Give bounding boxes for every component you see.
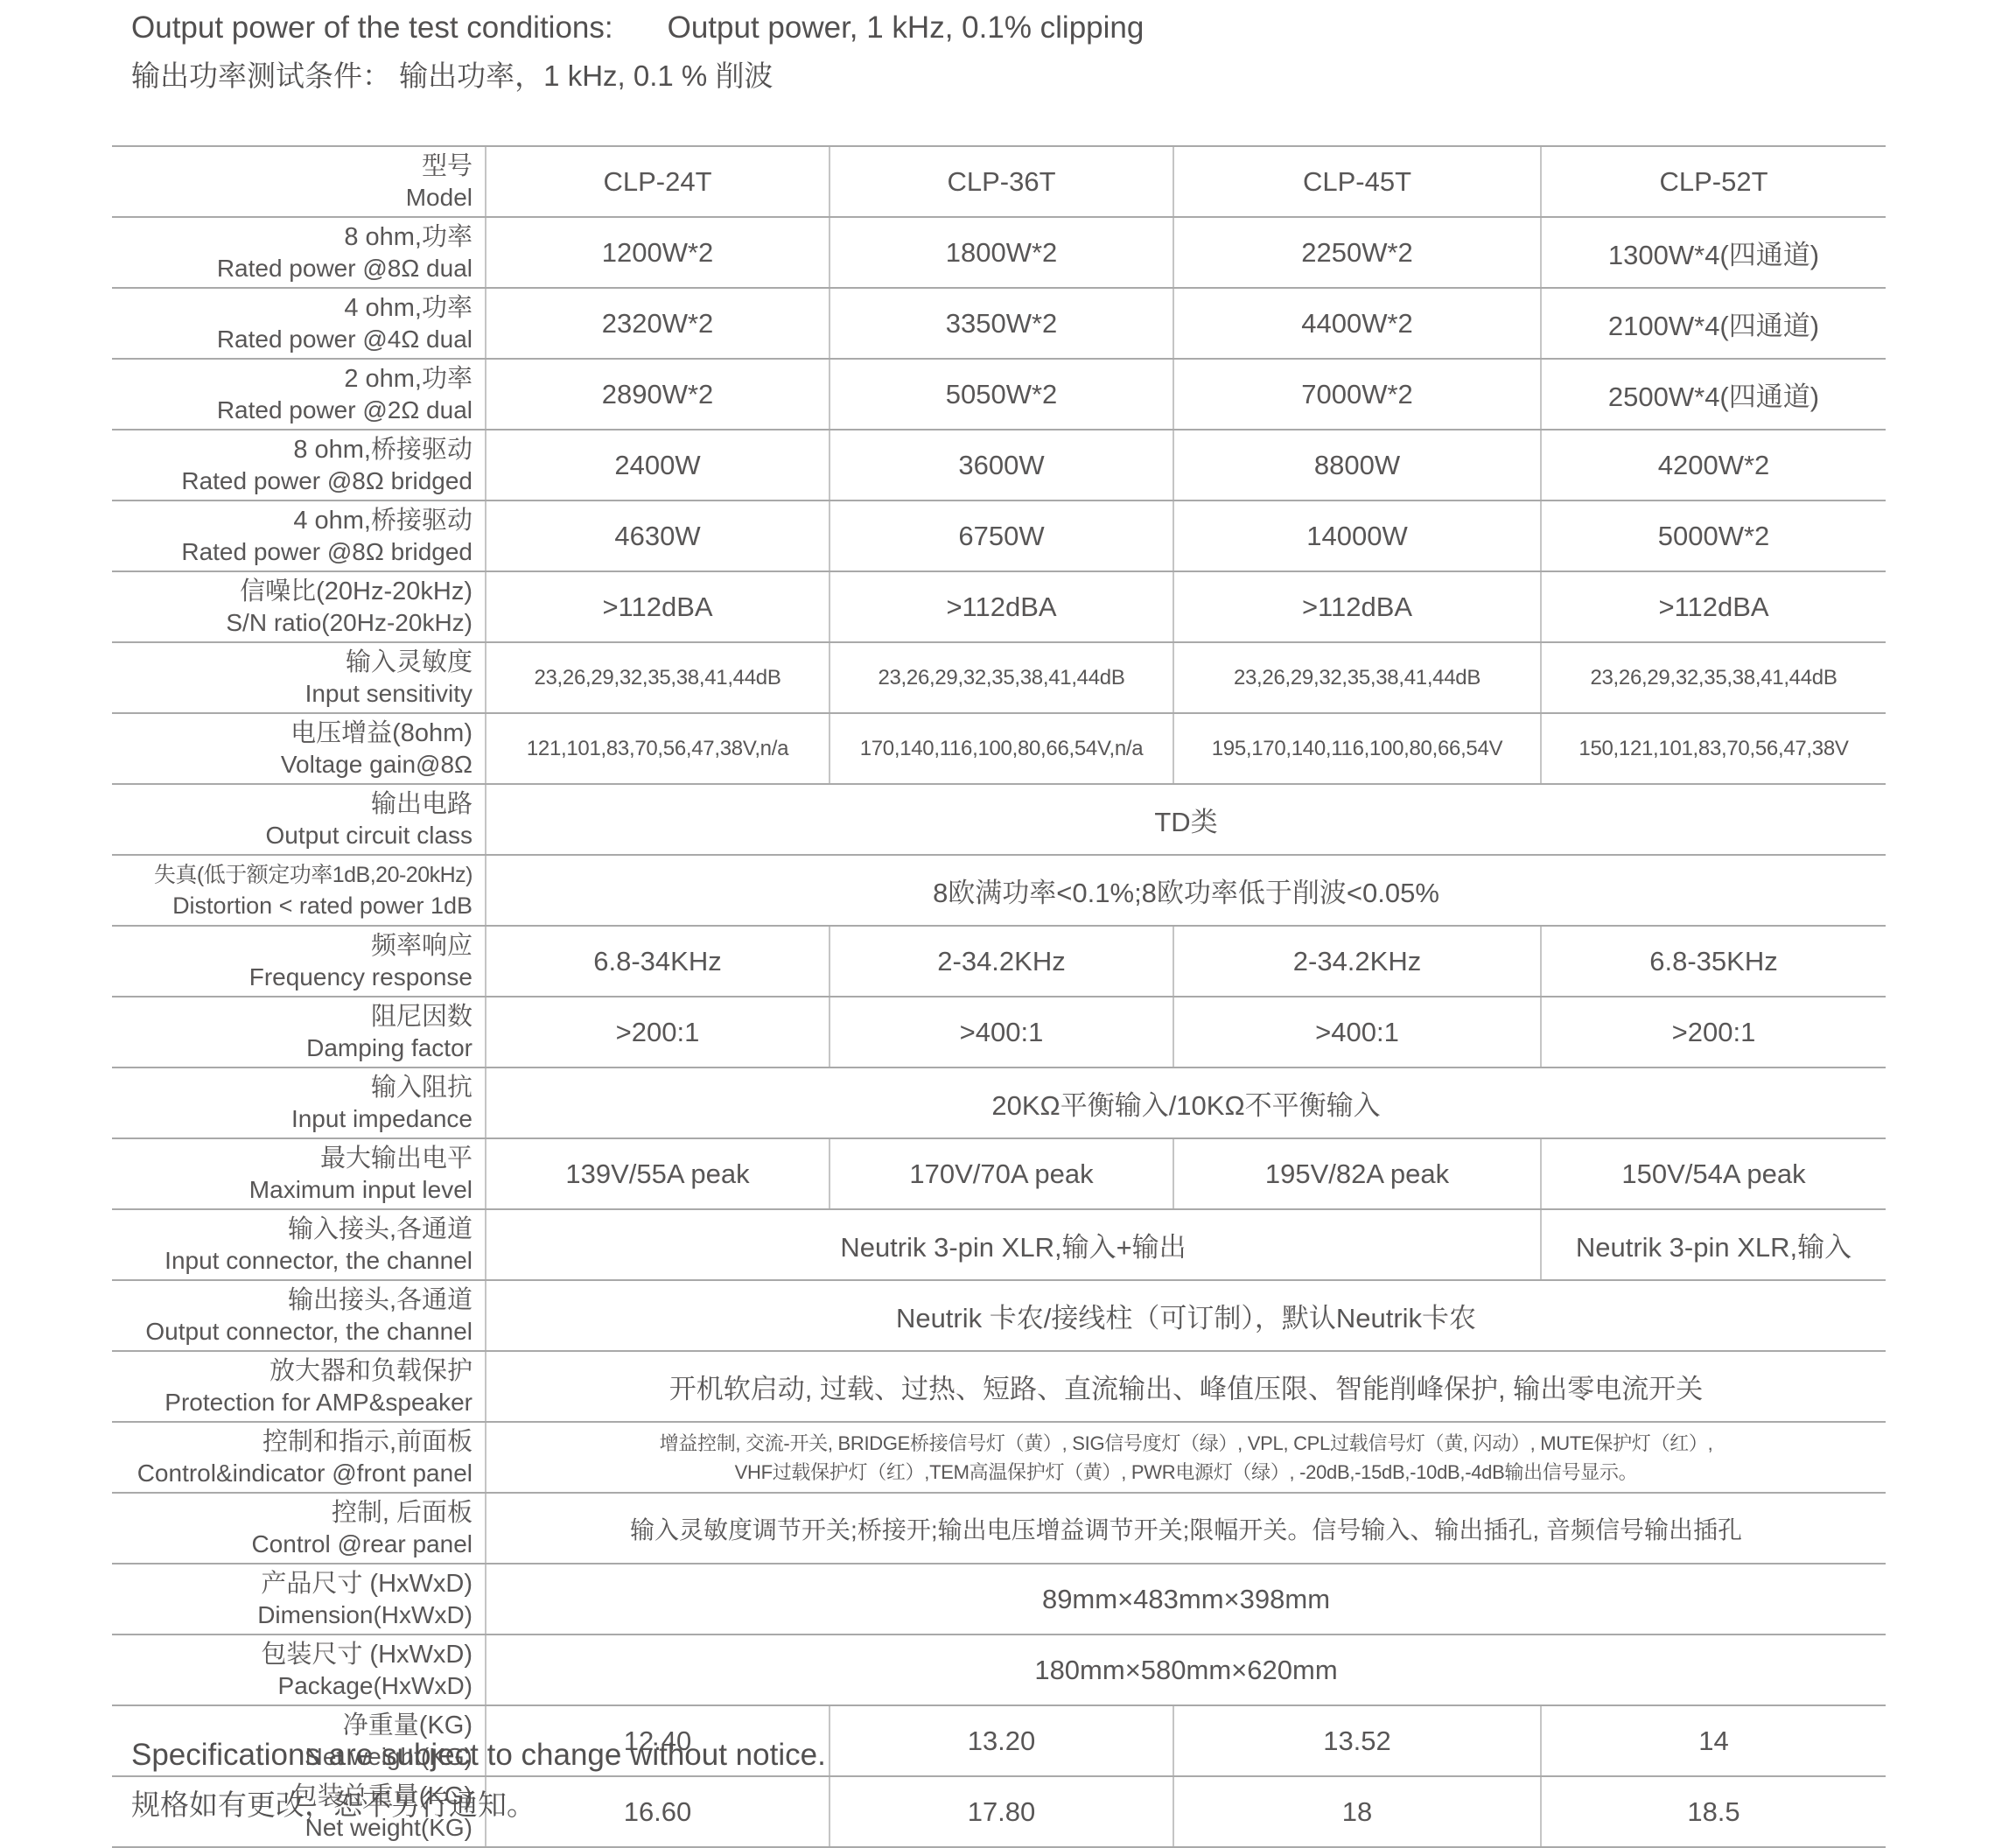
- table-cell: 13.20: [829, 1706, 1172, 1775]
- row-label-zh: 信噪比(20Hz-20kHz): [112, 576, 472, 607]
- row-label-en: Output connector, the channel: [112, 1316, 472, 1347]
- row-label-zh: 型号: [112, 150, 472, 182]
- row-label-en: Package(HxWxD): [112, 1670, 472, 1701]
- table-cell: Neutrik 卡农/接线柱（可订制），默认Neutrik卡农: [485, 1281, 1886, 1350]
- table-cell: Neutrik 3-pin XLR,输入+输出: [485, 1210, 1540, 1279]
- table-cell: 139V/55A peak: [485, 1139, 829, 1208]
- row-label-zh: 电压增益(8ohm): [112, 717, 472, 749]
- table-cell: 17.80: [829, 1777, 1172, 1846]
- row-label-en: Dimension(HxWxD): [112, 1599, 472, 1630]
- table-row: 输出电路Output circuit classTD类: [112, 783, 1886, 854]
- table-cell: 6.8-34KHz: [485, 927, 829, 996]
- row-label: 输出接头,各通道Output connector, the channel: [112, 1281, 485, 1350]
- table-cell: CLP-52T: [1540, 147, 1886, 216]
- table-cell: 14: [1540, 1706, 1886, 1775]
- row-label-zh: 失真(低于额定功率1dB,20-20kHz): [112, 859, 472, 891]
- row-label: 频率响应Frequency response: [112, 927, 485, 996]
- footer-english: Specifications are subject to change wit…: [131, 1734, 826, 1776]
- table-row: 2 ohm,功率Rated power @2Ω dual2890W*25050W…: [112, 358, 1886, 429]
- row-label-en: Maximum input level: [112, 1174, 472, 1205]
- row-label: 控制和指示,前面板Control&indicator @front panel: [112, 1423, 485, 1492]
- row-label-en: Voltage gain@8Ω: [112, 749, 472, 780]
- row-label-zh: 输出接头,各通道: [112, 1284, 472, 1316]
- table-cell: >112dBA: [1540, 572, 1886, 641]
- row-label-zh: 最大输出电平: [112, 1143, 472, 1174]
- table-row: 电压增益(8ohm)Voltage gain@8Ω121,101,83,70,5…: [112, 712, 1886, 783]
- row-label: 阻尼因数Damping factor: [112, 997, 485, 1067]
- row-label: 4 ohm,桥接驱动Rated power @8Ω bridged: [112, 501, 485, 570]
- table-cell: 14000W: [1172, 501, 1540, 570]
- row-label-en: Control&indicator @front panel: [112, 1458, 472, 1488]
- table-row: 信噪比(20Hz-20kHz)S/N ratio(20Hz-20kHz)>112…: [112, 570, 1886, 641]
- table-cell: CLP-45T: [1172, 147, 1540, 216]
- table-cell: 1800W*2: [829, 218, 1172, 287]
- row-label: 输出电路Output circuit class: [112, 785, 485, 854]
- title-english: Output power of the test conditions:Outp…: [131, 7, 1144, 49]
- row-label-zh: 4 ohm,功率: [112, 292, 472, 324]
- row-label-zh: 4 ohm,桥接驱动: [112, 505, 472, 536]
- table-cell: 180mm×580mm×620mm: [485, 1635, 1886, 1704]
- row-label: 控制, 后面板Control @rear panel: [112, 1494, 485, 1563]
- table-cell: 18.5: [1540, 1777, 1886, 1846]
- table-cell: >112dBA: [1172, 572, 1540, 641]
- table-cell: 2500W*4(四通道): [1540, 360, 1886, 429]
- table-cell: >200:1: [1540, 997, 1886, 1067]
- table-cell: TD类: [485, 785, 1886, 854]
- table-cell: 3600W: [829, 430, 1172, 500]
- page-header: Output power of the test conditions:Outp…: [131, 7, 1144, 98]
- table-cell: >200:1: [485, 997, 829, 1067]
- table-row: 4 ohm,功率Rated power @4Ω dual2320W*23350W…: [112, 287, 1886, 358]
- table-row: 包装尺寸 (HxWxD)Package(HxWxD)180mm×580mm×62…: [112, 1634, 1886, 1704]
- table-cell: 2250W*2: [1172, 218, 1540, 287]
- table-cell: >112dBA: [829, 572, 1172, 641]
- table-cell: 2-34.2KHz: [829, 927, 1172, 996]
- row-label: 电压增益(8ohm)Voltage gain@8Ω: [112, 714, 485, 783]
- row-label: 最大输出电平Maximum input level: [112, 1139, 485, 1208]
- table-row: 型号ModelCLP-24TCLP-36TCLP-45TCLP-52T: [112, 145, 1886, 216]
- footer-chinese: 规格如有更改，恕不另行通知。: [131, 1783, 826, 1827]
- row-label-en: Input sensitivity: [112, 678, 472, 709]
- table-cell: 170,140,116,100,80,66,54V,n/a: [829, 714, 1172, 783]
- row-label-zh: 包装尺寸 (HxWxD): [112, 1639, 472, 1670]
- row-label-zh: 8 ohm,桥接驱动: [112, 434, 472, 465]
- table-cell: >400:1: [1172, 997, 1540, 1067]
- table-cell: >112dBA: [485, 572, 829, 641]
- row-label: 输入灵敏度Input sensitivity: [112, 643, 485, 712]
- table-cell: 4400W*2: [1172, 289, 1540, 358]
- row-label-en: Rated power @8Ω bridged: [112, 536, 472, 567]
- table-cell: 2100W*4(四通道): [1540, 289, 1886, 358]
- table-row: 4 ohm,桥接驱动Rated power @8Ω bridged4630W67…: [112, 500, 1886, 570]
- table-cell: 2400W: [485, 430, 829, 500]
- row-label-en: Rated power @4Ω dual: [112, 324, 472, 354]
- table-cell: 195V/82A peak: [1172, 1139, 1540, 1208]
- table-cell: CLP-36T: [829, 147, 1172, 216]
- table-row: 8 ohm,功率Rated power @8Ω dual1200W*21800W…: [112, 216, 1886, 287]
- row-label: 信噪比(20Hz-20kHz)S/N ratio(20Hz-20kHz): [112, 572, 485, 641]
- row-label-zh: 2 ohm,功率: [112, 363, 472, 395]
- table-cell: 23,26,29,32,35,38,41,44dB: [829, 643, 1172, 712]
- table-row: 频率响应Frequency response6.8-34KHz2-34.2KHz…: [112, 925, 1886, 996]
- table-cell: 150,121,101,83,70,56,47,38V: [1540, 714, 1886, 783]
- title-en-label: Output power of the test conditions:: [131, 10, 613, 45]
- row-label-zh: 控制和指示,前面板: [112, 1426, 472, 1458]
- table-cell: Neutrik 3-pin XLR,输入: [1540, 1210, 1886, 1279]
- table-cell: 3350W*2: [829, 289, 1172, 358]
- row-label-en: Rated power @8Ω dual: [112, 253, 472, 283]
- row-label-zh: 放大器和负载保护: [112, 1355, 472, 1387]
- cell-line-2: VHF过载保护灯（红）,TEM高温保护灯（黄）, PWR电源灯（绿）, -20d…: [735, 1458, 1638, 1487]
- table-row: 阻尼因数Damping factor>200:1>400:1>400:1>200…: [112, 996, 1886, 1067]
- table-cell: 18: [1172, 1777, 1540, 1846]
- row-label: 产品尺寸 (HxWxD)Dimension(HxWxD): [112, 1564, 485, 1634]
- table-cell: 增益控制, 交流-开关, BRIDGE桥接信号灯（黄）, SIG信号度灯（绿）,…: [485, 1423, 1886, 1492]
- row-label-en: Rated power @2Ω dual: [112, 395, 472, 425]
- row-label: 型号Model: [112, 147, 485, 216]
- table-cell: 121,101,83,70,56,47,38V,n/a: [485, 714, 829, 783]
- table-cell: 2-34.2KHz: [1172, 927, 1540, 996]
- row-label-en: Input connector, the channel: [112, 1245, 472, 1276]
- table-cell: 6.8-35KHz: [1540, 927, 1886, 996]
- row-label-zh: 输入阻抗: [112, 1072, 472, 1103]
- cell-line-1: 增益控制, 交流-开关, BRIDGE桥接信号灯（黄）, SIG信号度灯（绿）,…: [660, 1429, 1713, 1458]
- spec-table: 型号ModelCLP-24TCLP-36TCLP-45TCLP-52T8 ohm…: [112, 145, 1886, 1848]
- row-label-zh: 控制, 后面板: [112, 1497, 472, 1529]
- row-label-en: Control @rear panel: [112, 1529, 472, 1559]
- table-row: 产品尺寸 (HxWxD)Dimension(HxWxD)89mm×483mm×3…: [112, 1563, 1886, 1634]
- page-footer: Specifications are subject to change wit…: [131, 1734, 826, 1827]
- table-cell: 4630W: [485, 501, 829, 570]
- table-cell: 23,26,29,32,35,38,41,44dB: [1540, 643, 1886, 712]
- table-cell: 170V/70A peak: [829, 1139, 1172, 1208]
- table-cell: CLP-24T: [485, 147, 829, 216]
- row-label-en: Protection for AMP&speaker: [112, 1387, 472, 1417]
- row-label-zh: 输入接头,各通道: [112, 1214, 472, 1245]
- table-row: 控制和指示,前面板Control&indicator @front panel增…: [112, 1421, 1886, 1492]
- table-row: 最大输出电平Maximum input level139V/55A peak17…: [112, 1137, 1886, 1208]
- table-cell: 5050W*2: [829, 360, 1172, 429]
- table-cell: 89mm×483mm×398mm: [485, 1564, 1886, 1634]
- row-label-en: Rated power @8Ω bridged: [112, 465, 472, 496]
- table-row: 控制, 后面板Control @rear panel输入灵敏度调节开关;桥接开;…: [112, 1492, 1886, 1563]
- table-cell: 8800W: [1172, 430, 1540, 500]
- row-label-en: Distortion < rated power 1dB: [112, 891, 472, 921]
- row-label-en: Damping factor: [112, 1032, 472, 1063]
- table-cell: 20KΩ平衡输入/10KΩ不平衡输入: [485, 1068, 1886, 1137]
- title-chinese: 输出功率测试条件： 输出功率，1 kHz, 0.1 % 削波: [131, 54, 1144, 98]
- table-cell: 1200W*2: [485, 218, 829, 287]
- row-label: 失真(低于额定功率1dB,20-20kHz)Distortion < rated…: [112, 856, 485, 925]
- table-cell: 8欧满功率<0.1%;8欧功率低于削波<0.05%: [485, 856, 1886, 925]
- table-row: 输入接头,各通道Input connector, the channelNeut…: [112, 1208, 1886, 1279]
- table-row: 失真(低于额定功率1dB,20-20kHz)Distortion < rated…: [112, 854, 1886, 925]
- table-cell: 23,26,29,32,35,38,41,44dB: [485, 643, 829, 712]
- row-label-en: Model: [112, 182, 472, 213]
- row-label-zh: 产品尺寸 (HxWxD): [112, 1568, 472, 1599]
- row-label: 放大器和负载保护Protection for AMP&speaker: [112, 1352, 485, 1421]
- table-cell: 输入灵敏度调节开关;桥接开;输出电压增益调节开关;限幅开关。信号输入、输出插孔,…: [485, 1494, 1886, 1563]
- table-cell: 195,170,140,116,100,80,66,54V: [1172, 714, 1540, 783]
- table-cell: 2320W*2: [485, 289, 829, 358]
- row-label-en: Output circuit class: [112, 820, 472, 850]
- row-label-en: S/N ratio(20Hz-20kHz): [112, 607, 472, 638]
- table-row: 输出接头,各通道Output connector, the channelNeu…: [112, 1279, 1886, 1350]
- table-row: 8 ohm,桥接驱动Rated power @8Ω bridged2400W36…: [112, 429, 1886, 500]
- table-row: 放大器和负载保护Protection for AMP&speaker开机软启动,…: [112, 1350, 1886, 1421]
- row-label: 8 ohm,功率Rated power @8Ω dual: [112, 218, 485, 287]
- row-label-zh: 8 ohm,功率: [112, 221, 472, 253]
- row-label: 2 ohm,功率Rated power @2Ω dual: [112, 360, 485, 429]
- table-cell: 1300W*4(四通道): [1540, 218, 1886, 287]
- table-cell: 13.52: [1172, 1706, 1540, 1775]
- table-cell: 4200W*2: [1540, 430, 1886, 500]
- table-cell: 2890W*2: [485, 360, 829, 429]
- row-label: 输入接头,各通道Input connector, the channel: [112, 1210, 485, 1279]
- row-label: 输入阻抗Input impedance: [112, 1068, 485, 1137]
- table-cell: 23,26,29,32,35,38,41,44dB: [1172, 643, 1540, 712]
- row-label: 包装尺寸 (HxWxD)Package(HxWxD): [112, 1635, 485, 1704]
- row-label: 8 ohm,桥接驱动Rated power @8Ω bridged: [112, 430, 485, 500]
- row-label-zh: 阻尼因数: [112, 1001, 472, 1032]
- table-row: 输入灵敏度Input sensitivity23,26,29,32,35,38,…: [112, 641, 1886, 712]
- row-label-zh: 输出电路: [112, 788, 472, 820]
- table-cell: 6750W: [829, 501, 1172, 570]
- table-cell: 7000W*2: [1172, 360, 1540, 429]
- title-en-value: Output power, 1 kHz, 0.1% clipping: [668, 10, 1144, 45]
- table-cell: >400:1: [829, 997, 1172, 1067]
- table-row: 输入阻抗Input impedance20KΩ平衡输入/10KΩ不平衡输入: [112, 1067, 1886, 1137]
- row-label-en: Frequency response: [112, 962, 472, 992]
- table-cell: 150V/54A peak: [1540, 1139, 1886, 1208]
- table-cell: 开机软启动, 过载、过热、短路、直流输出、峰值压限、智能削峰保护, 输出零电流开…: [485, 1352, 1886, 1421]
- row-label-zh: 输入灵敏度: [112, 647, 472, 678]
- table-cell: 5000W*2: [1540, 501, 1886, 570]
- row-label-zh: 频率响应: [112, 930, 472, 962]
- row-label: 4 ohm,功率Rated power @4Ω dual: [112, 289, 485, 358]
- row-label-en: Input impedance: [112, 1103, 472, 1134]
